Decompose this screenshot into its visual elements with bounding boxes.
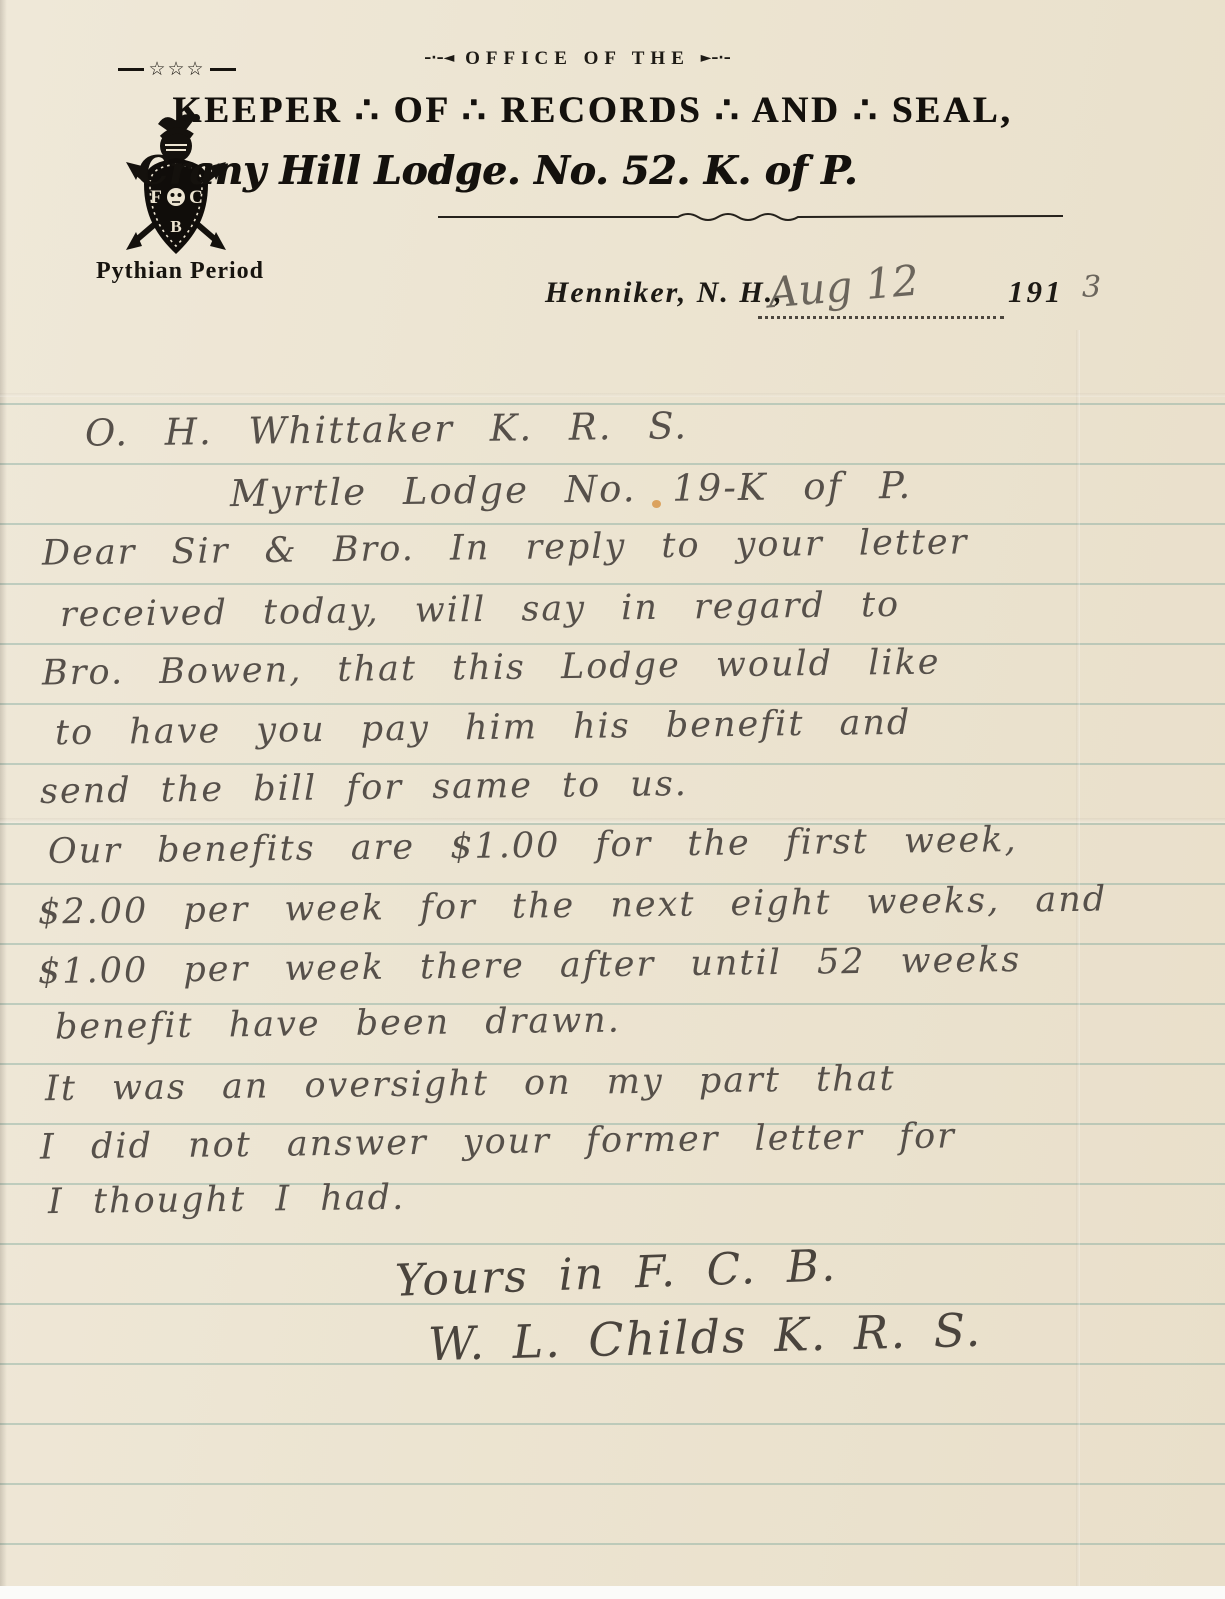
flourish-left-icon: –·–◄: [424, 50, 454, 66]
horizontal-fold-crease: [0, 393, 1225, 397]
handwritten-line: received today, will say in regard to: [60, 585, 901, 635]
ruled-line: [0, 463, 1225, 465]
handwritten-line: to have you pay him his benefit and: [55, 703, 912, 753]
lodge-name-line: Crany Hill Lodge. No. 52. K. of P.: [0, 148, 995, 194]
divider-rule: [438, 208, 1063, 224]
year-printed: 191: [1008, 274, 1064, 310]
emblem-letter-b: B: [170, 217, 181, 236]
horizontal-fold-crease: [0, 818, 1225, 823]
recipient-line: O. H. Whittaker K. R. S.: [85, 404, 689, 454]
ruled-line: [0, 583, 1225, 585]
place-printed: Henniker, N. H.,: [545, 276, 784, 310]
office-line: –·–◄ OFFICE OF THE ►–·–: [0, 48, 1155, 70]
office-line-text: OFFICE OF THE: [465, 48, 690, 69]
flourish-right-icon: ►–·–: [701, 50, 731, 66]
ruled-line: [0, 1303, 1225, 1305]
ruled-line: [0, 1483, 1225, 1485]
handwritten-line: I thought I had.: [48, 1178, 406, 1222]
scan-edge: [0, 1586, 1225, 1599]
handwritten-line: $2.00 per week for the next eight weeks,…: [38, 879, 1108, 932]
pythian-period-label: Pythian Period: [96, 258, 264, 285]
ruled-line: [0, 1243, 1225, 1245]
page-edge-shadow: [0, 0, 7, 1599]
handwritten-date: Aug 12: [766, 256, 921, 318]
ruled-line: [0, 643, 1225, 645]
handwritten-line: It was an oversight on my part that: [45, 1059, 896, 1109]
handwritten-line: send the bill for same to us.: [40, 764, 688, 812]
vertical-fold-crease: [1076, 330, 1080, 1586]
handwritten-line: Our benefits are $1.00 for the first wee…: [48, 820, 1018, 872]
ruled-line: [0, 523, 1225, 525]
date-dotted-line: [758, 316, 1004, 319]
handwritten-line: Bro. Bowen, that this Lodge would like: [42, 643, 941, 694]
closing-line: Yours in F. C. B.: [394, 1240, 838, 1306]
signature-line: W. L. Childs K. R. S.: [427, 1303, 982, 1371]
year-handwritten: 3: [1082, 270, 1101, 305]
ruled-line: [0, 703, 1225, 705]
ruled-line: [0, 1543, 1225, 1545]
handwritten-line: Dear Sir & Bro. In reply to your letter: [42, 522, 969, 573]
letter-page: ☆☆☆ F C: [0, 0, 1225, 1599]
ruled-line: [0, 1423, 1225, 1425]
keeper-of-records-line: KEEPER ∴ OF ∴ RECORDS ∴ AND ∴ SEAL,: [0, 88, 1185, 132]
handwritten-line: benefit have been drawn.: [55, 1001, 621, 1048]
recipient-lodge-line: Myrtle Lodge No. 19-K of P.: [230, 464, 913, 515]
handwritten-line: $1.00 per week there after until 52 week…: [38, 940, 1022, 992]
